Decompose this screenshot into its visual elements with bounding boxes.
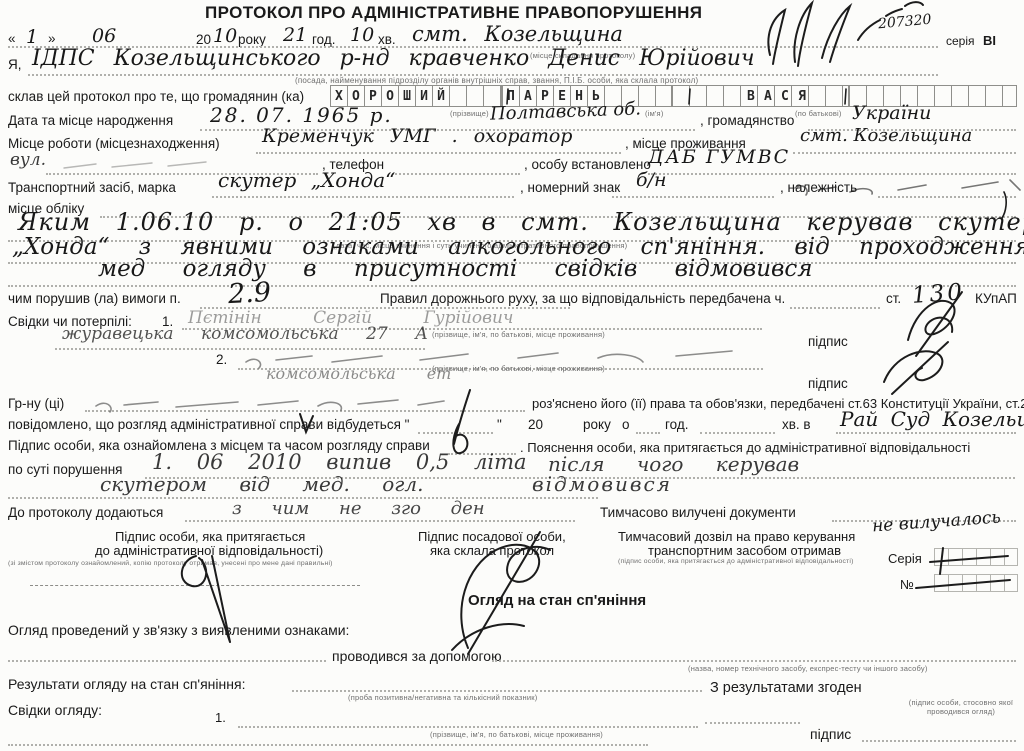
plate-label: , номерний знак bbox=[520, 180, 620, 195]
attachments-label: До протоколу додаються bbox=[8, 505, 163, 520]
sig-col3-line1: Тимчасовий дозвіл на право керування bbox=[618, 529, 855, 544]
plate-handwritten: б/н bbox=[636, 169, 667, 191]
agree-caption: (підпис особи, стосовно якої проводився … bbox=[902, 698, 1020, 717]
sobriety-result-label: Результати огляду на стан сп'яніння: bbox=[8, 676, 245, 692]
sobriety-witness-caption: (прізвище, ім'я, по батькові, місце прож… bbox=[430, 730, 603, 739]
year-printed: 20 bbox=[196, 32, 211, 47]
khv-label: хв. bbox=[378, 32, 396, 47]
witness1-caption: (прізвище, ім'я, по батькові, місце прож… bbox=[432, 330, 605, 339]
date-quote-close: » bbox=[48, 31, 56, 46]
agree-label: З результатами згоден bbox=[710, 680, 862, 696]
offense-line1-handwritten: Яким 1.06.10 р. о 21:05 хв в смт. Козель… bbox=[18, 208, 1024, 236]
vehicle-label: Транспортний засіб, марка bbox=[8, 180, 176, 195]
header-scribble bbox=[768, 2, 923, 66]
date-quote-open: « bbox=[8, 31, 16, 46]
hearing-o: о bbox=[622, 417, 630, 432]
citizenship-label: , громадянство bbox=[700, 113, 794, 128]
essence-l1a-handwritten: 1. 06 2010 випив 0,5 літа bbox=[152, 450, 527, 474]
series-value: ВІ bbox=[983, 33, 996, 48]
violation-label1: чим порушив (ла) вимоги п. bbox=[8, 291, 181, 306]
birth-date-handwritten: 28. 07. 1965 р. bbox=[210, 103, 393, 127]
birth-place-handwritten: Полтавська об. bbox=[490, 98, 642, 124]
sobriety-title: Огляд на стан сп'яніння bbox=[468, 592, 646, 609]
work-handwritten: Кременчук УМГ . охоратор bbox=[262, 125, 572, 147]
hour-handwritten: 21 bbox=[283, 24, 307, 46]
seriya-label: Серія bbox=[888, 551, 922, 566]
doc-number-handwritten: 207320 bbox=[877, 12, 932, 33]
sig-col2-line2: яка склала протокол bbox=[430, 543, 554, 558]
violation-label2: Правил дорожнього руху, за що відповідал… bbox=[380, 291, 785, 306]
work-label: Місце роботи (місцезнаходження) bbox=[8, 136, 220, 151]
street-handwritten: вул. bbox=[10, 150, 46, 170]
ya-label: Я, bbox=[8, 57, 22, 72]
year-handwritten: 10 bbox=[213, 25, 237, 47]
officer-caption: (посада, найменування підрозділу органів… bbox=[295, 76, 698, 85]
sig-col3-line2: транспортним засобом отримав bbox=[648, 543, 841, 558]
series-label: серія bbox=[946, 34, 975, 48]
no-label: № bbox=[900, 577, 914, 592]
roku-label: року bbox=[238, 32, 266, 47]
patronymic-comb-field: ВАСЯ bbox=[672, 85, 849, 107]
date-day: 1 bbox=[26, 26, 38, 48]
witness2-signature bbox=[884, 342, 948, 394]
sobriety-device-caption: (назва, номер технічного засобу, експрес… bbox=[688, 664, 928, 673]
witness2-signature-label: підпис bbox=[808, 376, 848, 391]
code-label: КУпАП bbox=[975, 291, 1017, 306]
established-handwritten: ДАБ ГУМВС bbox=[648, 146, 790, 168]
hearing-quote2: " bbox=[497, 417, 502, 432]
sig-col3-caption: (підпис особи, яка притягається до адмін… bbox=[618, 558, 854, 565]
sig-col1-caption: (зі змістом протоколу ознайомлений, копі… bbox=[8, 560, 333, 567]
hearing-khv: хв. в bbox=[782, 417, 811, 432]
sobriety-result-caption: (проба позитивна/негативна та кількісний… bbox=[348, 693, 537, 702]
street-scribble bbox=[64, 162, 206, 168]
sobriety-witness-number: 1. bbox=[215, 710, 226, 725]
violation-point-handwritten: 2.9 bbox=[227, 277, 272, 310]
minute-handwritten: 10 bbox=[350, 24, 374, 46]
page-title: ПРОТОКОЛ ПРО АДМІНІСТРАТИВНЕ ПРАВОПОРУШЕ… bbox=[205, 3, 702, 23]
protocol-scan: ПРОТОКОЛ ПРО АДМІНІСТРАТИВНЕ ПРАВОПОРУШЕ… bbox=[0, 0, 1024, 751]
sig-col1-line1: Підпис особи, яка притягається bbox=[115, 529, 305, 544]
date-month: 06 bbox=[92, 25, 116, 47]
article-handwritten: 130 bbox=[911, 279, 966, 309]
seriya-comb-field bbox=[934, 548, 1018, 566]
sig-col2-line1: Підпис посадової особи, bbox=[418, 529, 566, 544]
court-handwritten: Рай Суд Козельщина bbox=[840, 407, 1024, 431]
sobriety-witness-label: Свідки огляду: bbox=[8, 702, 102, 718]
offense-line3-handwritten: мед огляду в присутності свідків відмови… bbox=[98, 256, 813, 282]
hearing-year20: 20 bbox=[528, 417, 543, 432]
sobriety-device-label: проводився за допомогою bbox=[332, 648, 502, 664]
hearing-hod: год. bbox=[665, 417, 688, 432]
sig-col1-line2: до адміністративної відповідальності) bbox=[95, 543, 323, 558]
place-handwritten: смт. Козельщина bbox=[412, 22, 623, 46]
birth-label: Дата та місце народження bbox=[8, 113, 173, 128]
st-label: ст. bbox=[886, 291, 901, 306]
hod-label: год. bbox=[312, 32, 335, 47]
witness1-address-handwritten: журавецька комсомольська 27 А bbox=[62, 324, 428, 344]
citizen-label: склав цей протокол про те, що громадянин… bbox=[8, 89, 304, 104]
hearing-label: повідомлено, що розгляд адміністративної… bbox=[8, 417, 409, 432]
hearing-roku: року bbox=[583, 417, 611, 432]
belonging-label: , належність bbox=[780, 180, 857, 195]
essence-l2b-handwritten: відмовився bbox=[532, 472, 672, 496]
not-seized-handwritten: не вилучалось bbox=[871, 508, 1001, 537]
sobriety-signature-label: підпис bbox=[810, 726, 851, 742]
citizenship-handwritten: України bbox=[852, 102, 931, 124]
residence-handwritten: смт. Козельщина bbox=[800, 125, 972, 146]
witness2-caption: (прізвище, ім'я, по батькові, місце прож… bbox=[432, 364, 605, 373]
surname-caption: (прізвище) bbox=[450, 109, 489, 118]
firstname-caption: (ім'я) bbox=[645, 109, 664, 118]
vehicle-handwritten: скутер „Хонда“ bbox=[218, 168, 395, 192]
sobriety-reason-label: Огляд проведений у зв'язку з виявленими … bbox=[8, 622, 349, 638]
seized-label: Тимчасово вилучені документи bbox=[600, 505, 796, 520]
no-comb-field bbox=[934, 574, 1018, 592]
witness2-number: 2. bbox=[216, 352, 227, 367]
officer-handwritten: ІДПС Козельщинського р-нд кравченко Дени… bbox=[32, 46, 755, 71]
witness2-address-handwritten: комсомольська ет bbox=[266, 364, 451, 383]
grnu-label: Гр-ну (ці) bbox=[8, 396, 64, 411]
essence-l2a-handwritten: скутером від мед. огл. bbox=[100, 472, 423, 496]
established-label: , особу встановлено bbox=[524, 157, 651, 172]
patronymic-caption: (по батькові) bbox=[795, 109, 842, 118]
attachments-handwritten: з чим не зго ден bbox=[232, 498, 485, 519]
witness1-signature-label: підпис bbox=[808, 334, 848, 349]
